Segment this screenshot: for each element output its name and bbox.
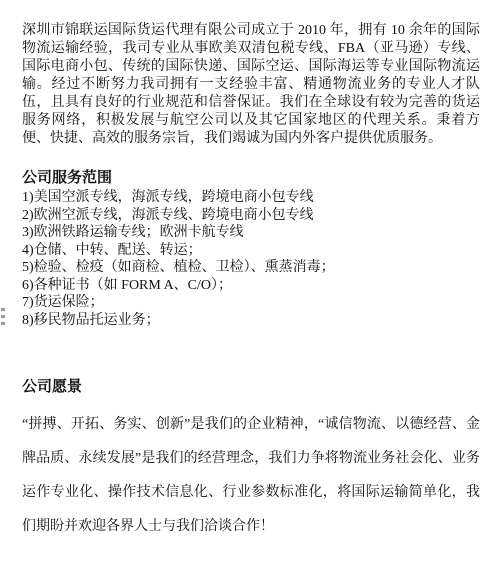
services-heading: 公司服务范围 — [22, 166, 480, 187]
service-item-5: 5)检验、检疫（如商检、植检、卫检）、熏蒸消毒； — [22, 259, 480, 277]
vision-heading: 公司愿景 — [22, 375, 480, 396]
vision-paragraph: “拼搏、开拓、务实、创新”是我们的企业精神，“诚信物流、以德经营、金牌品质、永续… — [22, 408, 480, 544]
document-page: 深圳市锦联运国际货运代理有限公司成立于 2010 年，拥有 10 余年的国际物流… — [22, 22, 480, 544]
services-list: 1)美国空派专线，海派专线，跨境电商小包专线 2)欧洲空派专线，海派专线、跨境电… — [22, 189, 480, 329]
service-item-1: 1)美国空派专线，海派专线，跨境电商小包专线 — [22, 189, 480, 207]
service-item-2: 2)欧洲空派专线，海派专线、跨境电商小包专线 — [22, 207, 480, 225]
service-item-4: 4)仓储、中转、配送、转运； — [22, 242, 480, 260]
service-item-7: 7)货运保险； — [22, 294, 480, 312]
drag-handle-dot — [1, 308, 5, 311]
drag-handle-dot — [1, 315, 5, 318]
service-item-8: 8)移民物品托运业务； — [22, 312, 480, 330]
service-item-6: 6)各种证书（如 FORM A、C/O）； — [22, 277, 480, 295]
drag-handle-dot — [1, 322, 5, 325]
drag-handle-icon — [1, 308, 6, 325]
company-intro-paragraph: 深圳市锦联运国际货运代理有限公司成立于 2010 年，拥有 10 余年的国际物流… — [22, 22, 480, 148]
service-item-3: 3)欧洲铁路运输专线；欧洲卡航专线 — [22, 224, 480, 242]
